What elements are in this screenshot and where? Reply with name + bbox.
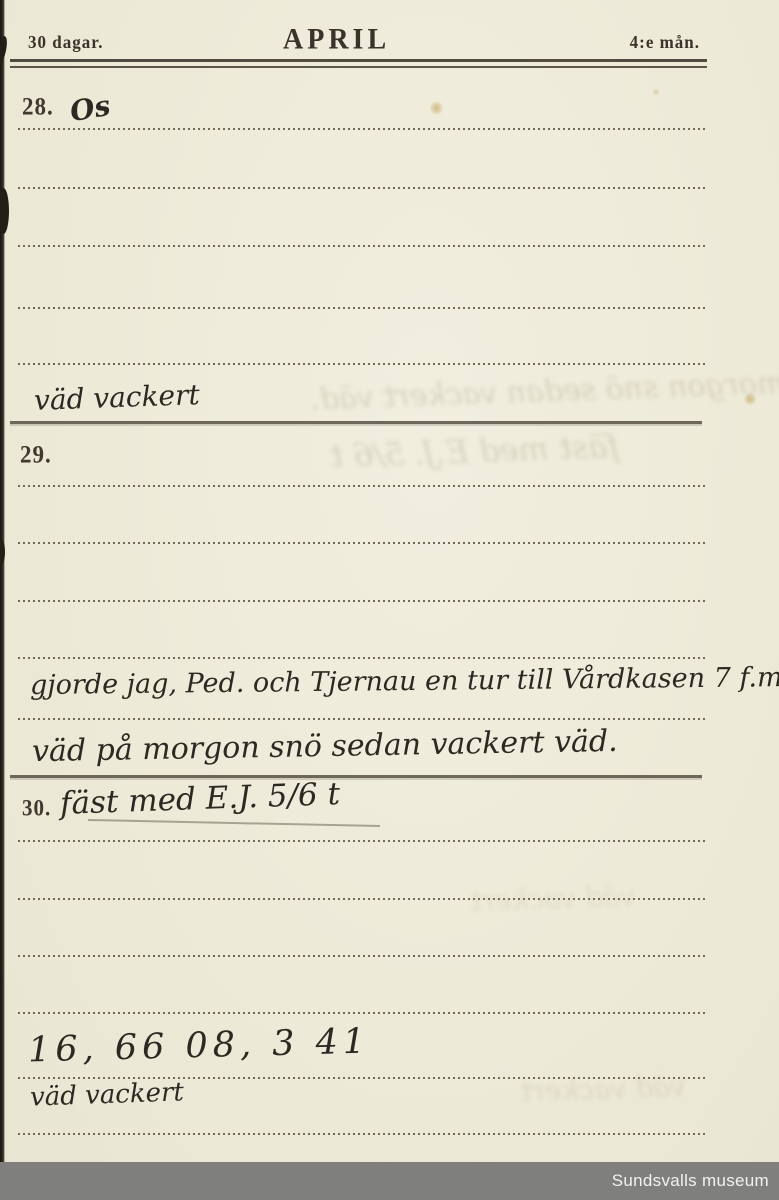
foxing-spot (430, 100, 443, 116)
handwriting-entry-29-line2: väd på morgon snö sedan vackert väd. (32, 724, 618, 769)
pencil-underline (88, 819, 380, 827)
ruled-dotted-line (18, 1133, 706, 1135)
bleedthrough-text: fäst med E.J. 5/6 t (329, 427, 619, 475)
handwriting-note-28: Os (67, 89, 112, 128)
museum-credit-bar: Sundsvalls museum (0, 1162, 779, 1200)
page-binding-edge (0, 0, 5, 1200)
ruled-dotted-line (18, 307, 706, 309)
foxing-spot (652, 88, 660, 96)
ruled-dotted-line (18, 600, 706, 602)
ruled-dotted-line (18, 657, 706, 659)
day-label-29: 29. (20, 441, 52, 469)
bleedthrough-text: väd på morgon snö sedan vackert väd. (310, 362, 779, 417)
handwriting-weather-28: väd vackert (33, 378, 200, 417)
bleedthrough-text: väd vackert (469, 879, 636, 918)
header-rule (10, 59, 707, 68)
month-number-label: 4:e mån. (630, 33, 700, 54)
bleedthrough-text: väd vackert (519, 1069, 686, 1108)
day-label-28: 28. (22, 93, 54, 121)
ruled-dotted-line (18, 840, 706, 842)
handwriting-note-30: fäst med E.J. 5/6 t (59, 776, 340, 822)
ruled-dotted-line (18, 955, 706, 957)
ruled-dotted-line (18, 718, 706, 720)
section-divider-line (10, 421, 702, 424)
ruled-dotted-line (18, 1012, 706, 1014)
handwriting-entry-29-line1: gjorde jag, Ped. och Tjernau en tur till… (30, 662, 779, 701)
diary-page-scan: 30 dagar. APRIL 4:e mån. 28. 29. 30. Os … (0, 0, 779, 1200)
ruled-dotted-line (18, 363, 706, 365)
day-label-30: 30. (22, 795, 51, 822)
page-header: 30 dagar. APRIL 4:e mån. (14, 24, 706, 56)
handwriting-weather-30: väd vackert (30, 1077, 185, 1112)
section-divider-line (10, 775, 702, 778)
ruled-dotted-line (18, 128, 706, 130)
ruled-dotted-line (18, 542, 706, 544)
month-title: APRIL (283, 23, 390, 57)
handwriting-readings-30: 16, 66 08, 3 41 (28, 1022, 371, 1071)
days-count-label: 30 dagar. (28, 33, 103, 54)
ruled-dotted-line (18, 245, 706, 247)
ruled-dotted-line (18, 187, 706, 189)
museum-credit-text: Sundsvalls museum (612, 1171, 769, 1191)
binding-mark (0, 188, 9, 234)
ruled-dotted-line (18, 485, 706, 487)
